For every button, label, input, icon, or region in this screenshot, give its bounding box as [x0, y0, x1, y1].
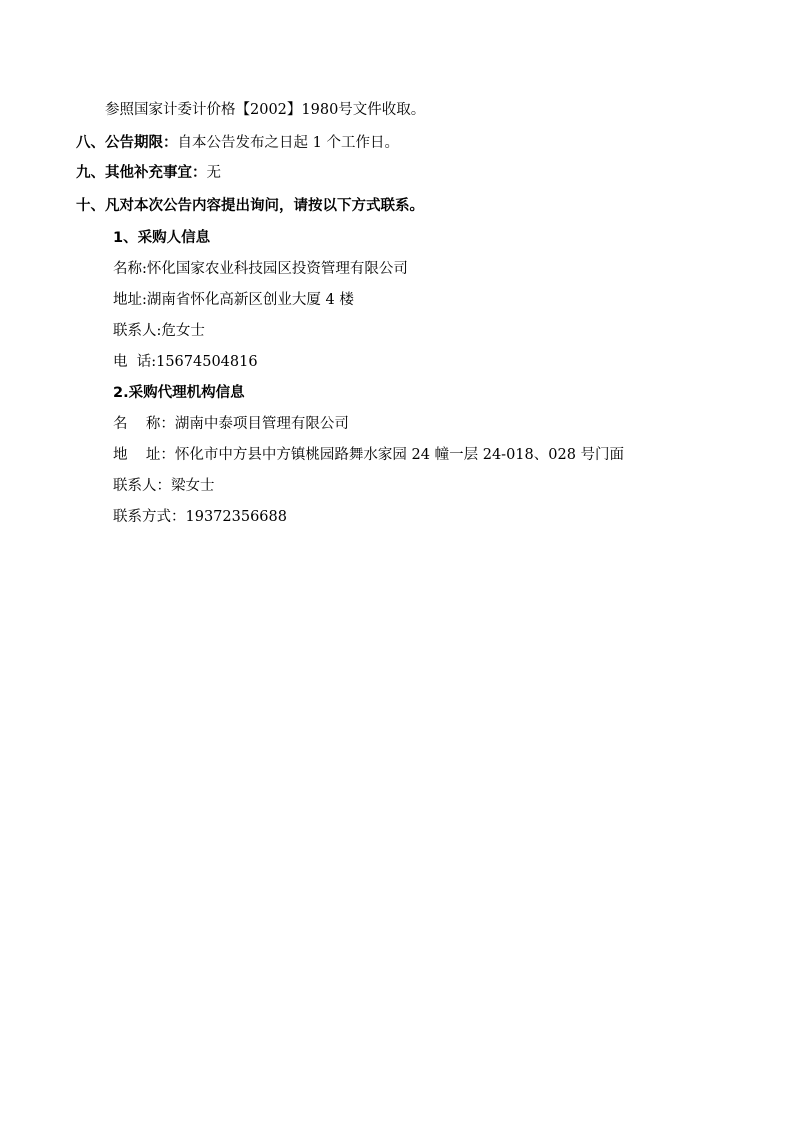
purchaser-contact: 联系人:危女士: [113, 321, 205, 341]
other-matters-line: 九、其他补充事宜：无: [76, 163, 221, 183]
agency-heading: 2.采购代理机构信息: [113, 383, 245, 403]
purchaser-name: 名称:怀化国家农业科技园区投资管理有限公司: [113, 259, 408, 279]
agency-phone: 联系方式：19372356688: [113, 507, 287, 527]
agency-contact: 联系人：梁女士: [113, 476, 215, 496]
agency-address: 地 址：怀化市中方县中方镇桃园路舞水家园 24 幢一层 24-018、028 号…: [113, 445, 624, 465]
agency-name: 名 称：湖南中泰项目管理有限公司: [113, 414, 349, 434]
section-9-label: 九、其他补充事宜：: [76, 165, 207, 181]
section-8-value: 自本公告发布之日起 1 个工作日。: [178, 135, 399, 151]
purchaser-heading: 1、采购人信息: [113, 228, 210, 248]
fee-basis-line: 参照国家计委计价格【2002】1980号文件收取。: [105, 100, 425, 120]
section-9-value: 无: [207, 165, 222, 181]
section-8-label: 八、公告期限：: [76, 135, 178, 151]
purchaser-phone: 电 话:15674504816: [113, 352, 258, 372]
purchaser-address: 地址:湖南省怀化高新区创业大厦 4 楼: [113, 290, 354, 310]
announcement-period-line: 八、公告期限：自本公告发布之日起 1 个工作日。: [76, 133, 399, 153]
section-10-heading: 十、凡对本次公告内容提出询问，请按以下方式联系。: [76, 196, 424, 216]
